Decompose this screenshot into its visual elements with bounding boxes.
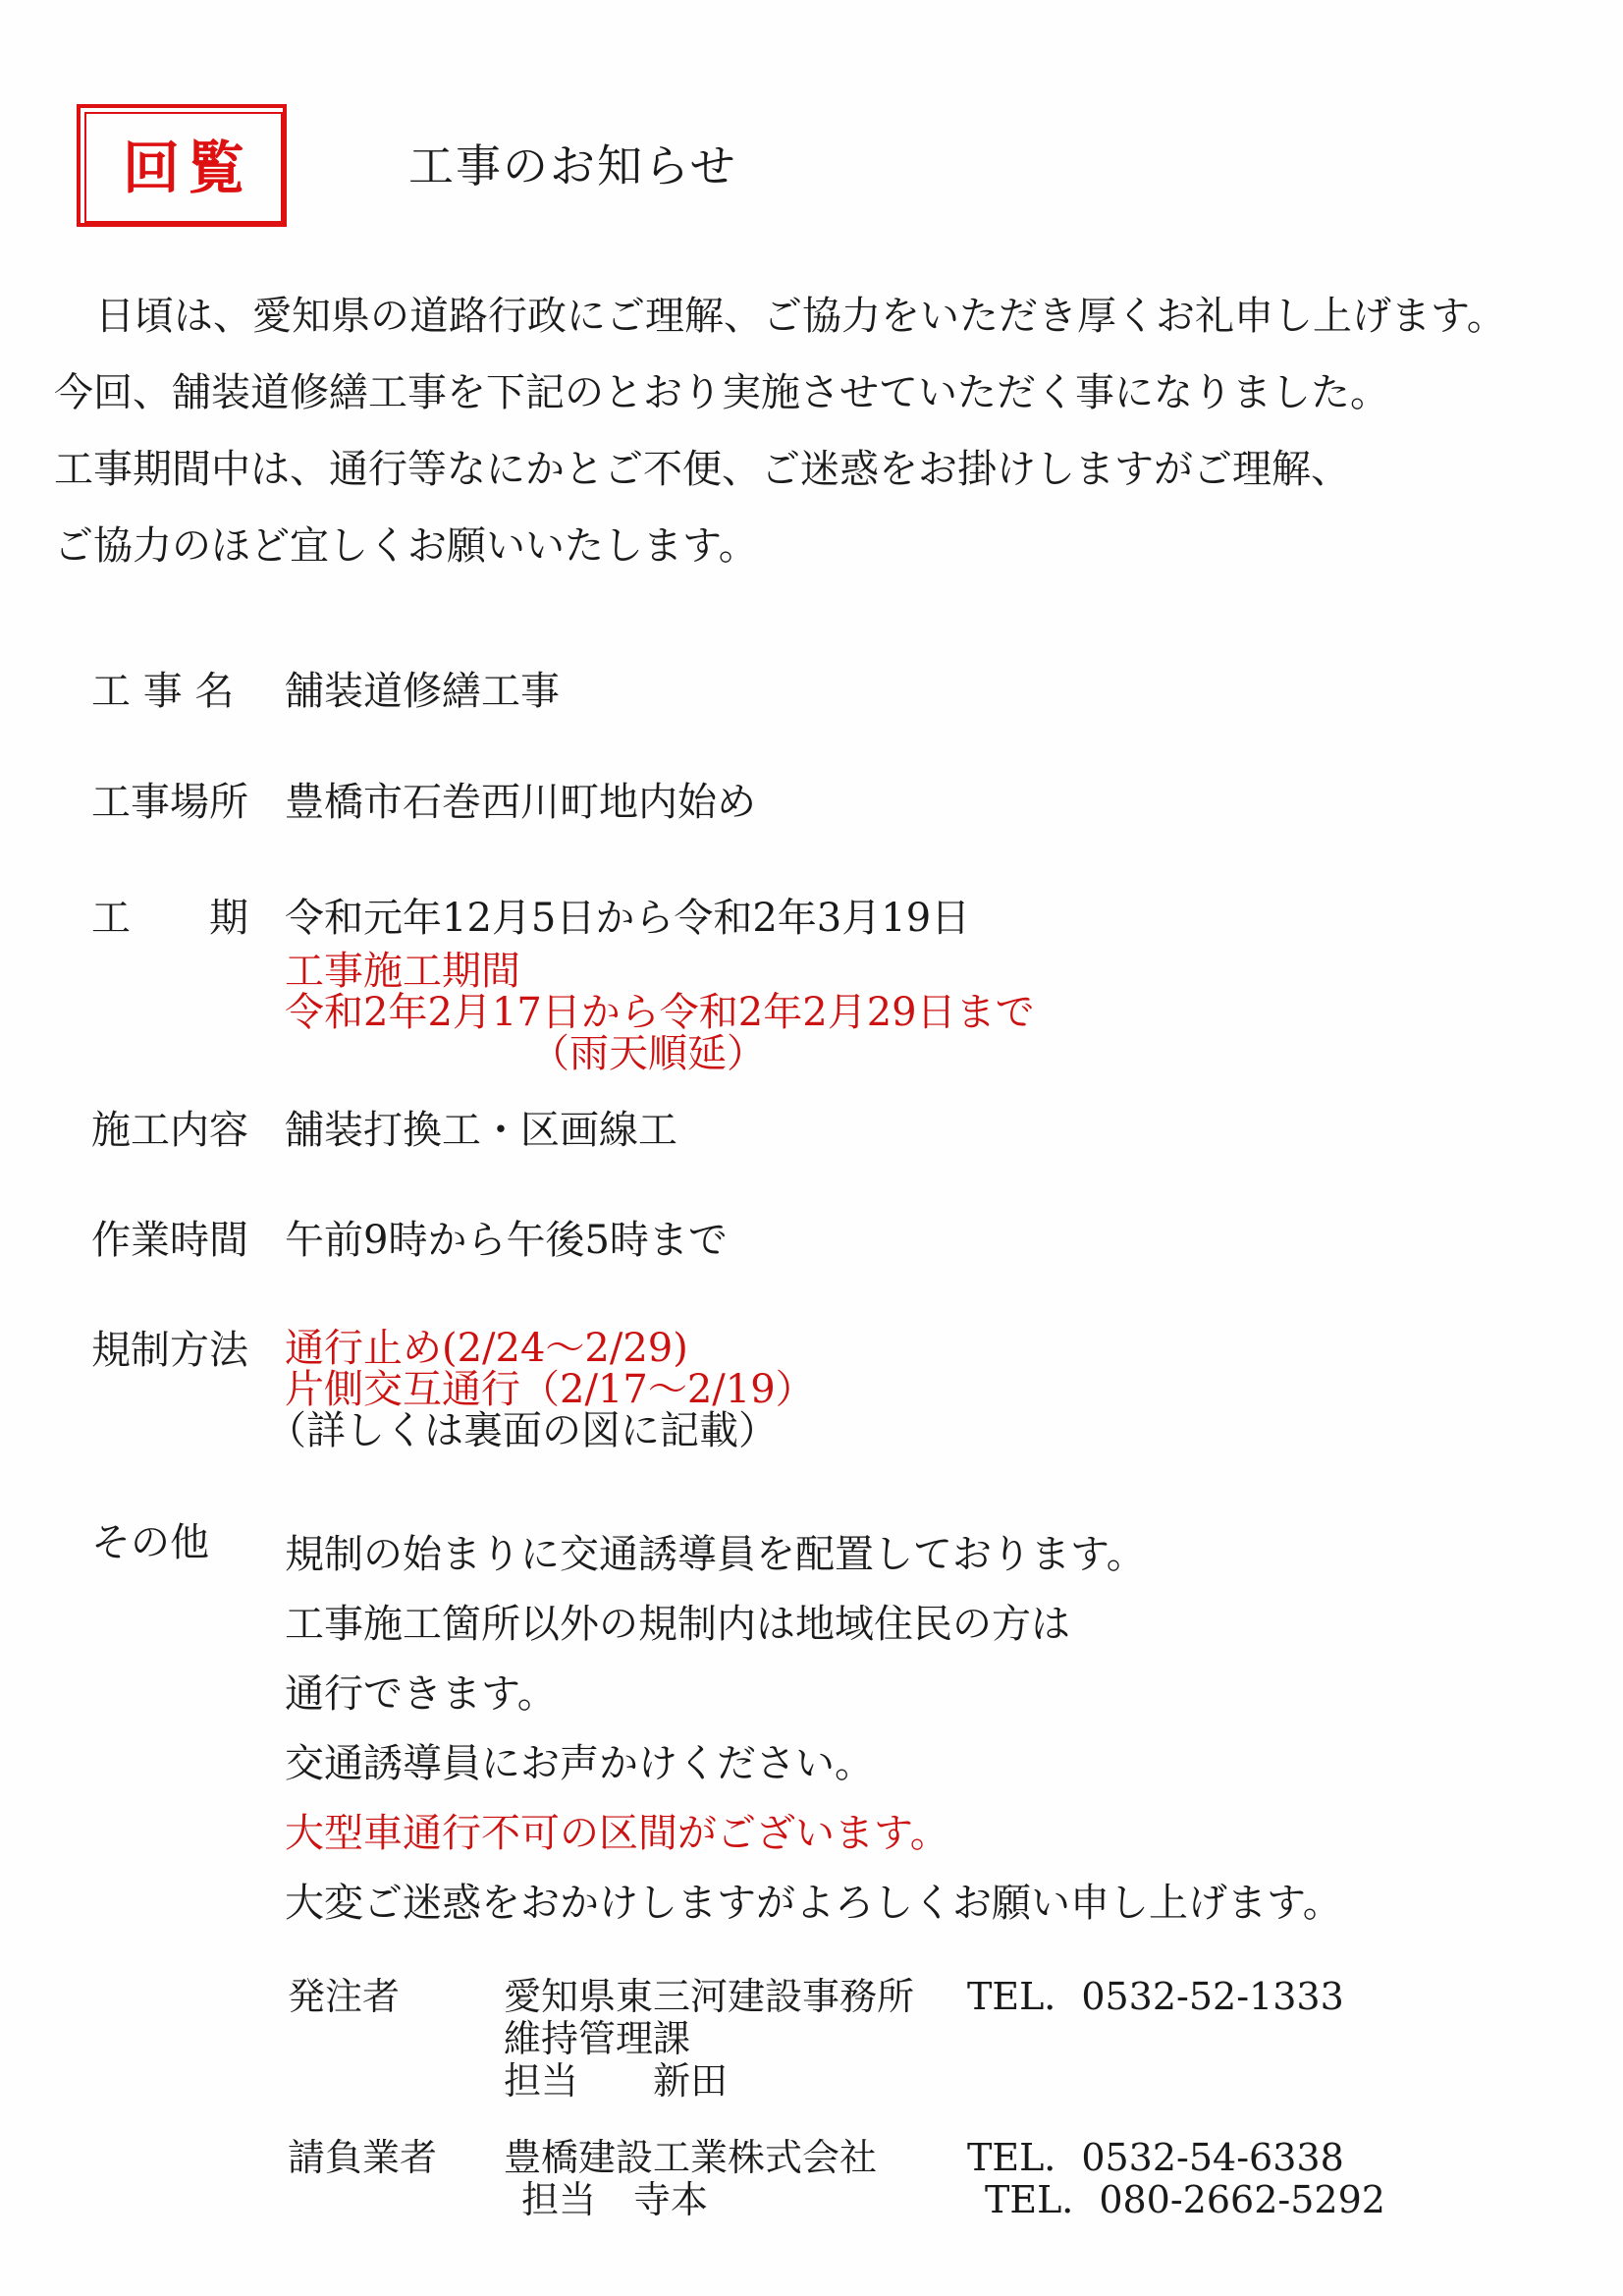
- period-construction-label: 工事施工期間: [285, 951, 1035, 992]
- field-label: 工 期: [91, 896, 285, 1074]
- field-value: 舗装道修繕工事: [285, 669, 560, 714]
- contractor-row-1: 請負業者 豊橋建設工業株式会社 TEL．0532-54-6338: [288, 2137, 1385, 2179]
- field-label: その他: [91, 1520, 285, 1939]
- field-row-work-content: 施工内容 舗装打換工・区画線工: [91, 1108, 677, 1153]
- field-value: 通行止め(2/24～2/29) 片側交互通行（2/17～2/19） （詳しくは裏…: [285, 1328, 815, 1451]
- period-construction-dates: 令和2年2月17日から令和2年2月29日まで: [285, 992, 1035, 1033]
- field-label: 工 事 名: [91, 669, 285, 714]
- intro-line: 日頃は、愛知県の道路行政にご理解、ご協力をいただき厚くお礼申し上げます。: [54, 297, 1506, 337]
- contractor-organization: 豊橋建設工業株式会社: [504, 2137, 967, 2179]
- period-construction-block: 工事施工期間 令和2年2月17日から令和2年2月29日まで （雨天順延）: [285, 951, 1035, 1074]
- construction-notice-page: 回覧 工事のお知らせ 日頃は、愛知県の道路行政にご理解、ご協力をいただき厚くお礼…: [0, 0, 1623, 2296]
- field-value: 規制の始まりに交通誘導員を配置しております。 工事施工箇所以外の規制内は地域住民…: [285, 1520, 1342, 1939]
- contractor-staff-tel: TEL．080-2662-5292: [985, 2179, 1385, 2221]
- orderer-row-1: 発注者 愛知県東三河建設事務所 TEL．0532-52-1333: [288, 1976, 1344, 2018]
- field-row-period: 工 期 令和元年12月5日から令和2年3月19日 工事施工期間 令和2年2月17…: [91, 896, 1035, 1074]
- traffic-map-note: （詳しくは裏面の図に記載）: [267, 1410, 815, 1451]
- intro-line: ご協力のほど宜しくお願いいたします。: [54, 526, 1506, 567]
- contractor-contact-block: 請負業者 豊橋建設工業株式会社 TEL．0532-54-6338 担当 寺本 T…: [288, 2137, 1385, 2221]
- contractor-staff: 担当 寺本: [504, 2179, 985, 2221]
- field-row-project-name: 工 事 名 舗装道修繕工事: [91, 669, 560, 714]
- field-value: 令和元年12月5日から令和2年3月19日 工事施工期間 令和2年2月17日から令…: [285, 896, 1035, 1074]
- field-value: 午前9時から午後5時まで: [285, 1218, 728, 1263]
- orderer-staff: 担当 新田: [504, 2060, 967, 2103]
- intro-paragraph: 日頃は、愛知県の道路行政にご理解、ご協力をいただき厚くお礼申し上げます。 今回、…: [54, 297, 1506, 603]
- field-value: 舗装打換工・区画線工: [285, 1108, 677, 1153]
- field-value: 豊橋市石巻西川町地内始め: [285, 780, 756, 825]
- field-row-traffic-control: 規制方法 通行止め(2/24～2/29) 片側交互通行（2/17～2/19） （…: [91, 1328, 815, 1451]
- field-label: 規制方法: [91, 1328, 285, 1451]
- field-label: 作業時間: [91, 1218, 285, 1263]
- circulation-stamp: 回覧: [77, 104, 287, 227]
- orderer-row-2: 維持管理課: [288, 2018, 1344, 2060]
- contractor-row-2: 担当 寺本 TEL．080-2662-5292: [288, 2179, 1385, 2221]
- rain-postponement-note: （雨天順延）: [530, 1033, 1035, 1074]
- period-overall: 令和元年12月5日から令和2年3月19日: [285, 896, 1035, 941]
- field-label: 施工内容: [91, 1108, 285, 1153]
- orderer-row-3: 担当 新田: [288, 2060, 1344, 2103]
- field-label: 工事場所: [91, 780, 285, 825]
- other-line: 交通誘導員にお声かけください。: [285, 1729, 1342, 1799]
- traffic-closure: 通行止め(2/24～2/29): [285, 1328, 815, 1369]
- intro-line: 今回、舗装道修繕工事を下記のとおり実施させていただく事になりました。: [54, 373, 1506, 413]
- spacer: [288, 2179, 504, 2221]
- circulation-stamp-inner-border: 回覧: [84, 112, 283, 223]
- orderer-organization: 愛知県東三河建設事務所: [504, 1976, 967, 2018]
- field-row-work-hours: 作業時間 午前9時から午後5時まで: [91, 1218, 728, 1263]
- other-line: 大変ご迷惑をおかけしますがよろしくお願い申し上げます。: [285, 1869, 1342, 1939]
- orderer-label: 発注者: [288, 1976, 504, 2018]
- orderer-contact-block: 発注者 愛知県東三河建設事務所 TEL．0532-52-1333 維持管理課 担…: [288, 1976, 1344, 2103]
- other-line: 工事施工箇所以外の規制内は地域住民の方は: [285, 1590, 1342, 1660]
- spacer: [288, 2060, 504, 2103]
- spacer: [288, 2018, 504, 2060]
- traffic-alternating: 片側交互通行（2/17～2/19）: [285, 1369, 815, 1410]
- field-row-location: 工事場所 豊橋市石巻西川町地内始め: [91, 780, 756, 825]
- orderer-department: 維持管理課: [504, 2018, 967, 2060]
- intro-line: 工事期間中は、通行等なにかとご不便、ご迷惑をお掛けしますがご理解、: [54, 450, 1506, 490]
- circulation-stamp-label: 回覧: [115, 139, 252, 196]
- contractor-tel: TEL．0532-54-6338: [967, 2137, 1344, 2179]
- page-title: 工事のお知らせ: [408, 131, 737, 195]
- orderer-tel: TEL．0532-52-1333: [967, 1976, 1344, 2018]
- field-row-other: その他 規制の始まりに交通誘導員を配置しております。 工事施工箇所以外の規制内は…: [91, 1520, 1342, 1939]
- other-line: 通行できます。: [285, 1660, 1342, 1729]
- other-line: 規制の始まりに交通誘導員を配置しております。: [285, 1520, 1342, 1590]
- other-line-large-vehicle-warning: 大型車通行不可の区間がございます。: [285, 1799, 1342, 1869]
- contractor-label: 請負業者: [288, 2137, 504, 2179]
